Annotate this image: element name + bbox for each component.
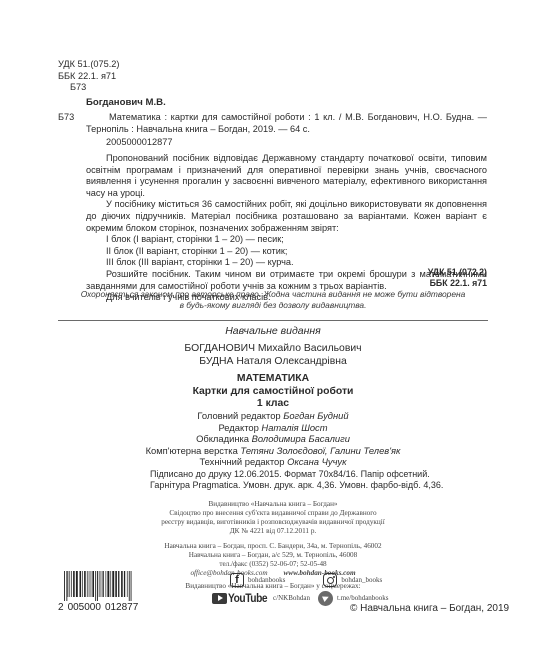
bbk-code: ББК 22.1. я71 (58, 71, 119, 83)
barcode-digits-right: 012877 (105, 602, 138, 613)
credit-name: Оксана Чучук (287, 456, 346, 467)
annotation-paragraph: Пропонований посібник відповідає Державн… (86, 153, 487, 199)
bbk-code-right: ББК 22.1. я71 (428, 278, 487, 289)
facebook-link[interactable]: bohdanbooks (248, 576, 285, 584)
credits: Головний редактор Богдан Будний Редактор… (58, 410, 488, 468)
print-info: Підписано до друку 12.06.2015. Формат 70… (150, 469, 443, 491)
divider-line (58, 320, 488, 321)
credit-name: Наталія Шост (261, 422, 327, 433)
publisher-line: Свідоцтво про внесення суб'єкта видавнич… (58, 509, 488, 518)
author-name: БУДНА Наталя Олександрівна (58, 356, 488, 369)
publisher-address: Навчальна книга – Богдан, просп. С. Банд… (58, 542, 488, 551)
facebook-icon: f (230, 573, 244, 587)
credit-line: Технічний редактор Оксана Чучук (58, 456, 488, 468)
credit-name: Володимира Басалиги (252, 433, 350, 444)
credit-role: Редактор (218, 422, 258, 433)
youtube-icon: YouTube (212, 591, 269, 605)
copyright-notice: Охороняється законом про авторське право… (58, 289, 488, 311)
block-item: ІІ блок (ІІ варіант, сторінки 1 – 20) — … (86, 246, 487, 258)
edition-type: Навчальне видання (58, 325, 488, 337)
credit-name: Богдан Будний (283, 410, 348, 421)
catalog-codes-top: УДК 51.(075.2) ББК 22.1. я71 Б73 (58, 59, 119, 94)
udk-code: УДК 51.(075.2) (58, 59, 119, 71)
author-name: БОГДАНОВИЧ Михайло Васильович (58, 343, 488, 356)
print-info-line: Гарнітура Pragmatica. Умовн. друк. арк. … (150, 480, 443, 491)
publisher-phone: тел./факс (0352) 52-06-07; 52-05-48 (58, 560, 488, 569)
publisher-name: Видавництво «Навчальна книга – Богдан» (58, 500, 488, 509)
author-mark-record: Б73 (58, 112, 74, 124)
youtube-wordmark: YouTube (228, 591, 267, 605)
udk-code-right: УДК 51.(072.2) (428, 267, 487, 278)
annotation-paragraph: У посібнику міститься 36 самостійних роб… (86, 199, 487, 234)
social-links: f bohdanbooks bohdan_books YouTube c/NKB… (222, 571, 389, 607)
instagram-link[interactable]: bohdan_books (341, 576, 382, 584)
block-item: І блок (І варіант, сторінки 1 – 20) — пе… (86, 234, 487, 246)
telegram-icon (318, 591, 333, 606)
copyright-notice-line: в будь-якому вигляді без дозволу видавни… (58, 300, 488, 311)
publisher-address: Навчальна книга – Богдан, а/с 529, м. Те… (58, 551, 488, 560)
copyright-notice-line: Охороняється законом про авторське право… (58, 289, 488, 300)
book-title-block: МАТЕМАТИКА Картки для самостійної роботи… (58, 373, 488, 411)
telegram-link[interactable]: t.me/bohdanbooks (337, 594, 389, 602)
publisher-line: реєстру видавців, виготівників і розповс… (58, 518, 488, 527)
book-grade: 1 клас (58, 398, 488, 411)
credit-line: Редактор Наталія Шост (58, 422, 488, 434)
credit-role: Головний редактор (197, 410, 280, 421)
description-text: Математика : картки для самостійної робо… (86, 112, 487, 135)
barcode-image (63, 571, 145, 601)
authors-full: БОГДАНОВИЧ Михайло Васильович БУДНА Ната… (58, 343, 488, 368)
book-title: МАТЕМАТИКА (58, 373, 488, 386)
instagram-icon (323, 573, 337, 587)
isbn-number: 2005000012877 (106, 137, 172, 149)
barcode-digits: 2 005000 012877 (58, 602, 138, 613)
print-info-line: Підписано до друку 12.06.2015. Формат 70… (150, 469, 443, 480)
author-heading: Богданович М.В. (86, 97, 166, 108)
credit-role: Комп'ютерна верстка (146, 445, 238, 456)
credit-line: Головний редактор Богдан Будний (58, 410, 488, 422)
credit-name: Тетяни Золоєдової, Галини Телев'як (240, 445, 400, 456)
book-subtitle: Картки для самостійної роботи (58, 386, 488, 399)
publisher-license: ДК № 4221 від 07.12.2011 р. (58, 527, 488, 536)
credit-line: Комп'ютерна верстка Тетяни Золоєдової, Г… (58, 445, 488, 457)
credit-role: Обкладинка (196, 433, 249, 444)
youtube-link[interactable]: c/NKBohdan (273, 594, 310, 602)
barcode-digits-left: 005000 (68, 602, 101, 613)
credit-line: Обкладинка Володимира Басалиги (58, 433, 488, 445)
credit-role: Технічний редактор (199, 456, 284, 467)
catalog-codes-right: УДК 51.(072.2) ББК 22.1. я71 (428, 267, 487, 289)
bibliographic-description: Математика : картки для самостійної робо… (86, 112, 487, 135)
author-mark: Б73 (58, 82, 119, 94)
copyright-line: © Навчальна книга – Богдан, 2019 (350, 603, 509, 614)
barcode-digit-first: 2 (58, 602, 64, 613)
